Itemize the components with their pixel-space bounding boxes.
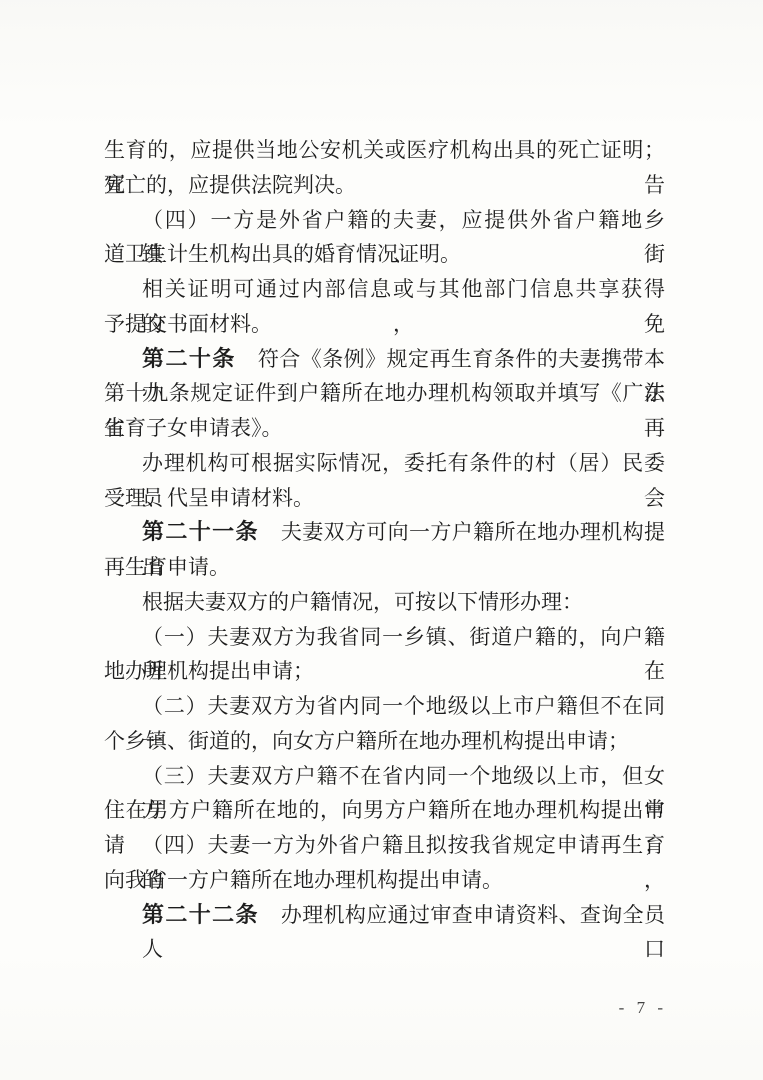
text-line: 办理机构可根据实际情况，委托有条件的村（居）民委员会 [104, 446, 665, 481]
text-line: （四）一方是外省户籍的夫妻，应提供外省户籍地乡镇、街 [104, 203, 665, 238]
text-line: 根据夫妻双方的户籍情况，可按以下情形办理： [104, 585, 665, 620]
text-line: 住在男方户籍所在地的，向男方户籍所在地办理机构提出申请； [104, 793, 665, 828]
line-text: 根据夫妻双方的户籍情况，可按以下情形办理： [142, 590, 583, 614]
line-text: 生育子女申请表》。 [104, 416, 283, 440]
line-text: 向我省一方户籍所在地办理机构提出申请。 [104, 868, 503, 892]
text-line: 第十九条规定证件到户籍所在地办理机构领取并填写《广东省再 [104, 376, 665, 411]
text-line: （三）夫妻双方户籍不在省内同一个地级以上市，但女方常 [104, 759, 665, 794]
text-line-article-21: 第二十一条夫妻双方可向一方户籍所在地办理机构提出 [104, 515, 665, 550]
line-text: 个乡镇、街道的，向女方户籍所在地办理机构提出申请； [104, 729, 629, 753]
line-text: 死亡的，应提供法院判决。 [104, 173, 356, 197]
line-text: 再生育申请。 [104, 555, 230, 579]
page-number: - 7 - [619, 998, 667, 1018]
article-number: 第二十一条 [142, 519, 259, 544]
text-line: （二）夫妻双方为省内同一个地级以上市户籍但不在同一 [104, 689, 665, 724]
article-number: 第二十条 [142, 346, 236, 371]
line-text: 地办理机构提出申请； [104, 659, 314, 683]
text-line: 再生育申请。 [104, 550, 665, 585]
line-text: 予提交书面材料。 [104, 312, 272, 336]
article-number: 第二十二条 [142, 902, 259, 927]
text-line-article-22: 第二十二条办理机构应通过审查申请资料、查询全员人口 [104, 898, 665, 933]
text-line: （一）夫妻双方为我省同一乡镇、街道户籍的，向户籍所在 [104, 620, 665, 655]
line-text: 道卫生计生机构出具的婚育情况证明。 [104, 242, 461, 266]
text-line: 个乡镇、街道的，向女方户籍所在地办理机构提出申请； [104, 724, 665, 759]
scanned-document-page: 生育的，应提供当地公安机关或医疗机构出具的死亡证明；宣告 死亡的，应提供法院判决… [0, 0, 763, 1080]
text-line: 相关证明可通过内部信息或与其他部门信息共享获得的，免 [104, 272, 665, 307]
text-line: （四）夫妻一方为外省户籍且拟按我省规定申请再生育的， [104, 828, 665, 863]
document-body: 生育的，应提供当地公安机关或医疗机构出具的死亡证明；宣告 死亡的，应提供法院判决… [104, 133, 665, 932]
line-text: 受理、代呈申请材料。 [104, 486, 314, 510]
text-line-article-20: 第二十条符合《条例》规定再生育条件的夫妻携带本办法 [104, 342, 665, 377]
text-line: 生育的，应提供当地公安机关或医疗机构出具的死亡证明；宣告 [104, 133, 665, 168]
